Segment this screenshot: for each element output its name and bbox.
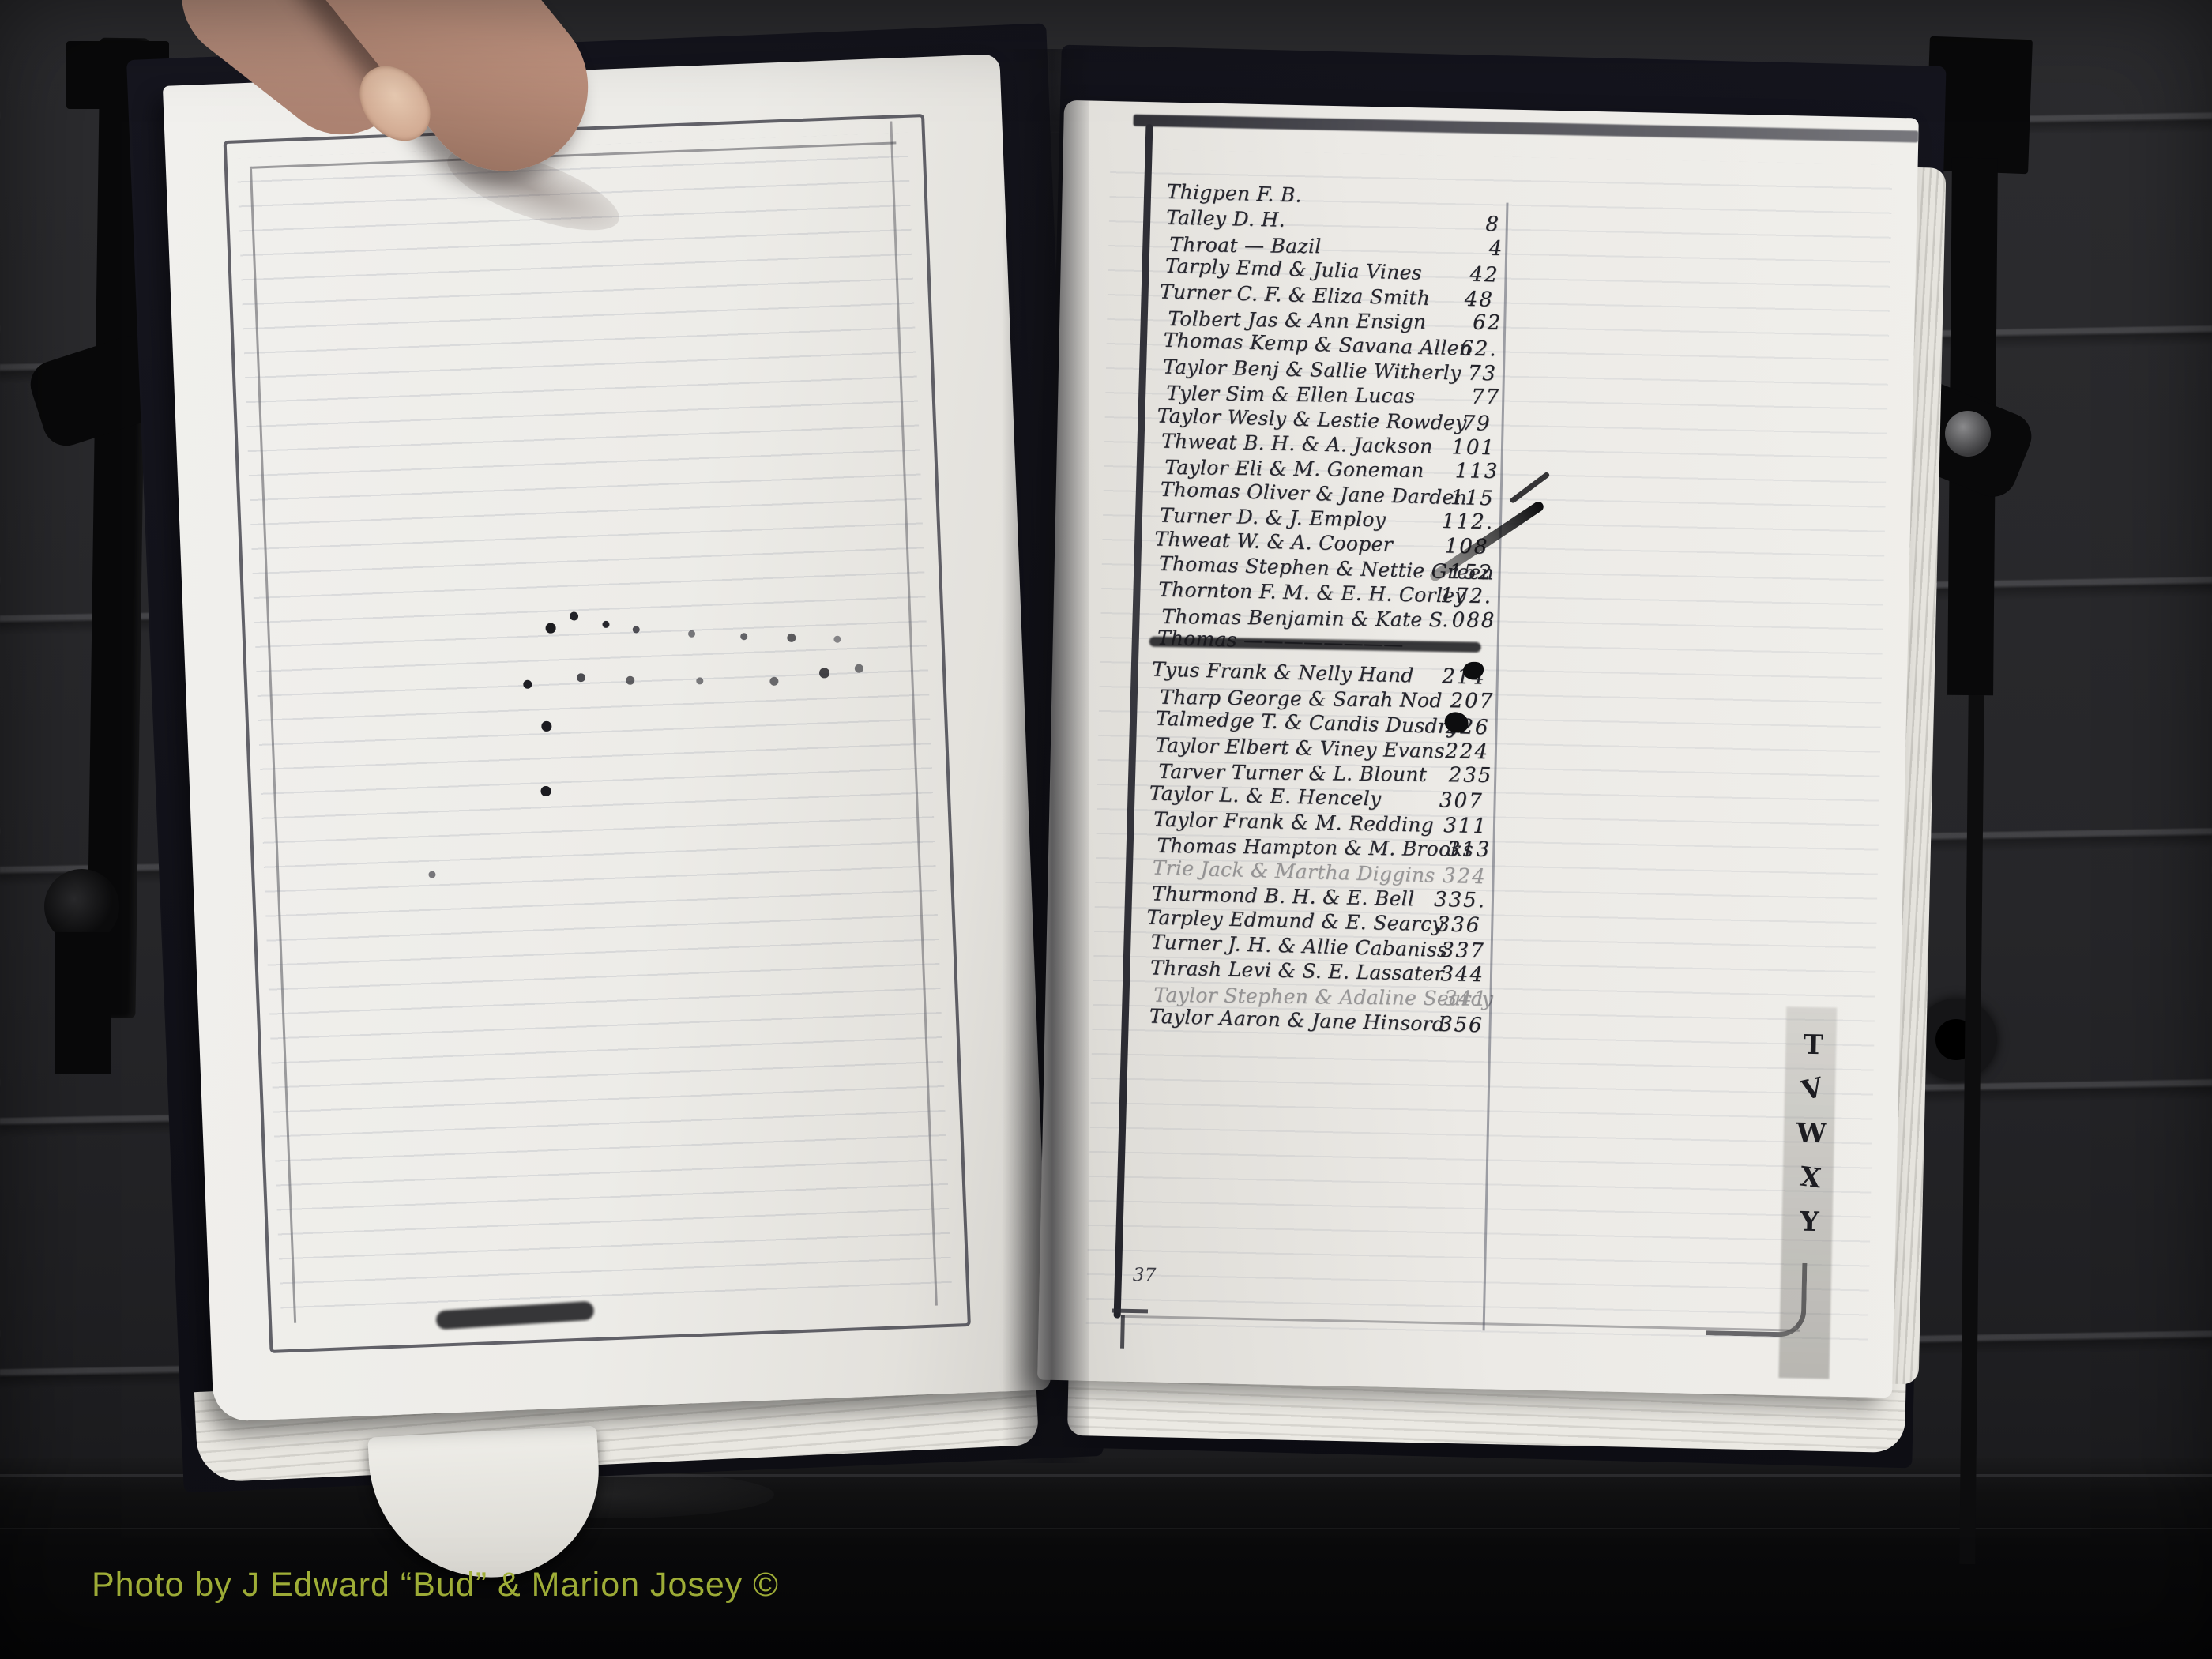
page-note: 37 bbox=[1133, 1265, 1157, 1286]
entry-page-number bbox=[1428, 187, 1501, 190]
entry-name: Turner D. & J. Employ bbox=[1160, 504, 1386, 532]
edge-tab-letter: X bbox=[1786, 1153, 1834, 1202]
entry-name: Throat — Bazil bbox=[1169, 233, 1322, 258]
entry-page-number: 335. bbox=[1413, 887, 1487, 912]
entry-page-number: 235 bbox=[1419, 763, 1492, 788]
left-page bbox=[163, 54, 1051, 1421]
entry-page-number: 79 bbox=[1417, 410, 1492, 435]
entry-page-number: 62 bbox=[1428, 310, 1502, 335]
index-entries-list: Thigpen F. B. Talley D. H. 8 Throat — Ba… bbox=[1149, 182, 1577, 1040]
left-stand-foot bbox=[55, 932, 111, 1074]
ink-speckles bbox=[163, 86, 167, 90]
entry-name: Thigpen F. B. bbox=[1166, 180, 1302, 207]
edge-tab-letters: TVWXY bbox=[1788, 1022, 1835, 1244]
photo-open-record-book: Thigpen F. B. Talley D. H. 8 Throat — Ba… bbox=[0, 0, 2212, 1659]
entry-name: Tyus Frank & Nelly Hand bbox=[1152, 658, 1414, 687]
left-page-ruled-lines bbox=[236, 133, 952, 1327]
entry-page-number: 341 bbox=[1414, 986, 1488, 1010]
right-stand-ring-knob bbox=[1915, 999, 1997, 1081]
edge-tab-letter: W bbox=[1789, 1111, 1833, 1156]
right-page-corner-tick bbox=[1120, 1315, 1125, 1349]
entry-page-number: 4 bbox=[1430, 236, 1503, 261]
entry-page-number: 324 bbox=[1413, 863, 1487, 889]
entry-page-number: 101 bbox=[1422, 434, 1496, 460]
right-page-corner-tick bbox=[1112, 1308, 1148, 1313]
right-page: Thigpen F. B. Talley D. H. 8 Throat — Ba… bbox=[1037, 100, 1919, 1398]
stand-shelf bbox=[0, 1458, 2212, 1659]
right-stand-nut-head bbox=[1945, 411, 1991, 457]
entry-page-number: 172. bbox=[1419, 584, 1493, 609]
edge-tab-letter: T bbox=[1792, 1022, 1835, 1067]
entry-name: Taylor L. & E. Hencely bbox=[1149, 782, 1381, 811]
entry-page-number: 344 bbox=[1411, 961, 1485, 987]
photographer-caption: Photo by J Edward “Bud” & Marion Josey © bbox=[92, 1566, 779, 1604]
right-page-top-border bbox=[1133, 115, 1918, 143]
entry-page-number: 337 bbox=[1411, 938, 1485, 964]
entry-page-number: 62. bbox=[1424, 336, 1498, 362]
entry-name: Thweat B. H. & A. Jackson bbox=[1161, 429, 1433, 457]
entry-page-number: 42 bbox=[1425, 261, 1499, 288]
edge-tab-letter: Y bbox=[1788, 1199, 1831, 1244]
entry-name: Taylor Frank & M. Redding bbox=[1153, 807, 1435, 836]
edge-tab-letter: V bbox=[1787, 1063, 1838, 1116]
entry-page-number: 73 bbox=[1424, 360, 1498, 386]
entry-page-number: 307 bbox=[1409, 788, 1484, 814]
entry-page-number: 088 bbox=[1422, 608, 1495, 632]
entry-page-number: 8 bbox=[1427, 212, 1501, 237]
entry-page-number: 77 bbox=[1427, 385, 1500, 409]
entry-page-number: 207 bbox=[1420, 689, 1494, 713]
entry-page-number: 311 bbox=[1414, 813, 1488, 838]
entry-name: Taylor Eli & M. Goneman bbox=[1164, 456, 1424, 482]
entry-page-number: 336 bbox=[1407, 912, 1481, 938]
entry-page-number: 313 bbox=[1417, 837, 1491, 862]
entry-name: Talley D. H. bbox=[1166, 206, 1285, 231]
entry-name: Tyler Sim & Ellen Lucas bbox=[1166, 382, 1415, 408]
entry-page-number: 112. bbox=[1420, 509, 1495, 534]
entry-page-number: 356 bbox=[1409, 1012, 1484, 1038]
entry-page-number: 113 bbox=[1425, 459, 1499, 483]
entry-page-number: 115 bbox=[1420, 485, 1495, 511]
shelf-groove-line bbox=[0, 1528, 2212, 1529]
entry-page-number: 48 bbox=[1420, 286, 1495, 311]
entry-page-number bbox=[1418, 634, 1492, 636]
entry-page-number: 224 bbox=[1416, 739, 1490, 764]
